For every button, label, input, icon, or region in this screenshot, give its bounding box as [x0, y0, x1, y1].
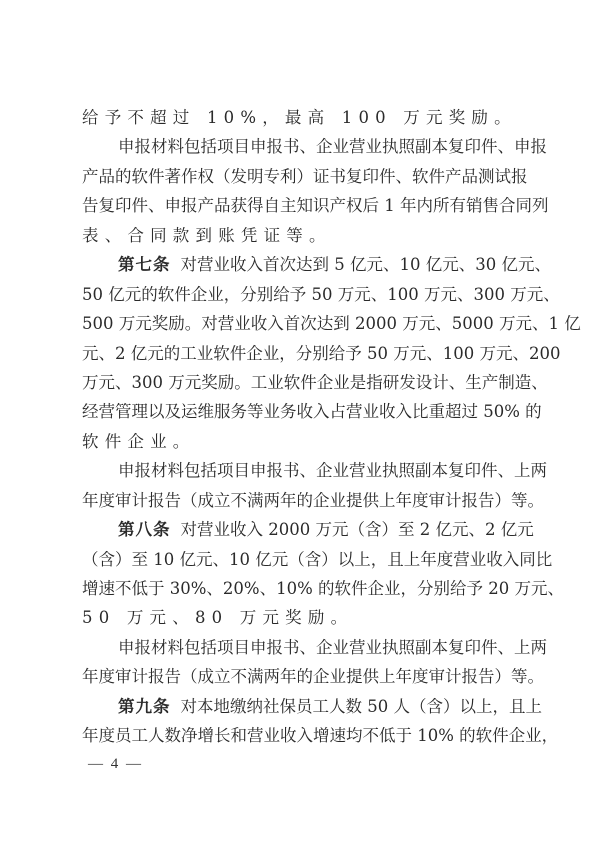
line-text: 给予不超过 10%，最高 100 万元奖励。	[82, 108, 517, 127]
line-text: 年度审计报告（成立不满两年的企业提供上年度审计报告）等。	[82, 491, 544, 510]
line-text: 对本地缴纳社保员工人数 50 人（含）以上，且上	[181, 697, 543, 716]
article-heading: 第九条	[118, 697, 171, 716]
line-text: 对营业收入首次达到 5 亿元、10 亿元、30 亿元、	[181, 255, 551, 274]
line-text: 申报材料包括项目申报书、企业营业执照副本复印件、申报	[118, 137, 547, 156]
article-line: 第八条对营业收入 2000 万元（含）至 2 亿元、2 亿元	[82, 515, 522, 544]
text-line: 50 亿元的软件企业，分别给予 50 万元、100 万元、300 万元、	[82, 280, 522, 309]
line-text: 申报材料包括项目申报书、企业营业执照副本复印件、上两	[118, 638, 547, 657]
line-text: 年度员工人数净增长和营业收入增速均不低于 10% 的软件企业，	[82, 726, 558, 745]
page-number: — 4 —	[88, 754, 143, 774]
line-text: 增速不低于 30%、20%、10% 的软件企业，分别给予 20 万元、	[82, 579, 564, 598]
line-text: 产品的软件著作权（发明专利）证书复印件、软件产品测试报	[82, 167, 528, 186]
text-line: 年度审计报告（成立不满两年的企业提供上年度审计报告）等。	[82, 662, 522, 691]
line-text: （含）至 10 亿元、10 亿元（含）以上，且上年度营业收入同比	[82, 550, 552, 569]
article-line: 第七条对营业收入首次达到 5 亿元、10 亿元、30 亿元、	[82, 250, 522, 279]
line-text: 告复印件、申报产品获得自主知识产权后 1 年内所有销售合同列	[82, 196, 549, 215]
text-line: 申报材料包括项目申报书、企业营业执照副本复印件、上两	[82, 633, 522, 662]
article-heading: 第八条	[118, 520, 171, 539]
line-text: 500 万元奖励。对营业收入首次达到 2000 万元、5000 万元、1 亿	[82, 314, 581, 333]
text-line: （含）至 10 亿元、10 亿元（含）以上，且上年度营业收入同比	[82, 545, 522, 574]
text-line: 年度审计报告（成立不满两年的企业提供上年度审计报告）等。	[82, 486, 522, 515]
line-text: 经营管理以及运维服务等业务收入占营业收入比重超过 50% 的	[82, 402, 542, 421]
line-text: 申报材料包括项目申报书、企业营业执照副本复印件、上两	[118, 461, 547, 480]
text-line: 万元、300 万元奖励。工业软件企业是指研发设计、生产制造、	[82, 368, 522, 397]
line-text: 软件企业。	[82, 432, 196, 451]
document-body: 给予不超过 10%，最高 100 万元奖励。申报材料包括项目申报书、企业营业执照…	[82, 103, 522, 751]
text-line: 50 万元、80 万元奖励。	[82, 603, 522, 632]
text-line: 年度员工人数净增长和营业收入增速均不低于 10% 的软件企业，	[82, 721, 522, 750]
line-text: 50 万元、80 万元奖励。	[82, 608, 353, 627]
text-line: 软件企业。	[82, 427, 522, 456]
article-heading: 第七条	[118, 255, 171, 274]
text-line: 元、2 亿元的工业软件企业，分别给予 50 万元、100 万元、200	[82, 339, 522, 368]
line-text: 50 亿元的软件企业，分别给予 50 万元、100 万元、300 万元、	[82, 285, 560, 304]
line-text: 万元、300 万元奖励。工业软件企业是指研发设计、生产制造、	[82, 373, 548, 392]
text-line: 表、合同款到账凭证等。	[82, 221, 522, 250]
article-line: 第九条对本地缴纳社保员工人数 50 人（含）以上，且上	[82, 692, 522, 721]
text-line: 经营管理以及运维服务等业务收入占营业收入比重超过 50% 的	[82, 397, 522, 426]
text-line: 给予不超过 10%，最高 100 万元奖励。	[82, 103, 522, 132]
line-text: 年度审计报告（成立不满两年的企业提供上年度审计报告）等。	[82, 667, 544, 686]
line-text: 元、2 亿元的工业软件企业，分别给予 50 万元、100 万元、200	[82, 344, 560, 363]
text-line: 申报材料包括项目申报书、企业营业执照副本复印件、申报	[82, 132, 522, 161]
text-line: 产品的软件著作权（发明专利）证书复印件、软件产品测试报	[82, 162, 522, 191]
text-line: 告复印件、申报产品获得自主知识产权后 1 年内所有销售合同列	[82, 191, 522, 220]
line-text: 对营业收入 2000 万元（含）至 2 亿元、2 亿元	[181, 520, 534, 539]
text-line: 申报材料包括项目申报书、企业营业执照副本复印件、上两	[82, 456, 522, 485]
text-line: 500 万元奖励。对营业收入首次达到 2000 万元、5000 万元、1 亿	[82, 309, 522, 338]
line-text: 表、合同款到账凭证等。	[82, 226, 332, 245]
text-line: 增速不低于 30%、20%、10% 的软件企业，分别给予 20 万元、	[82, 574, 522, 603]
